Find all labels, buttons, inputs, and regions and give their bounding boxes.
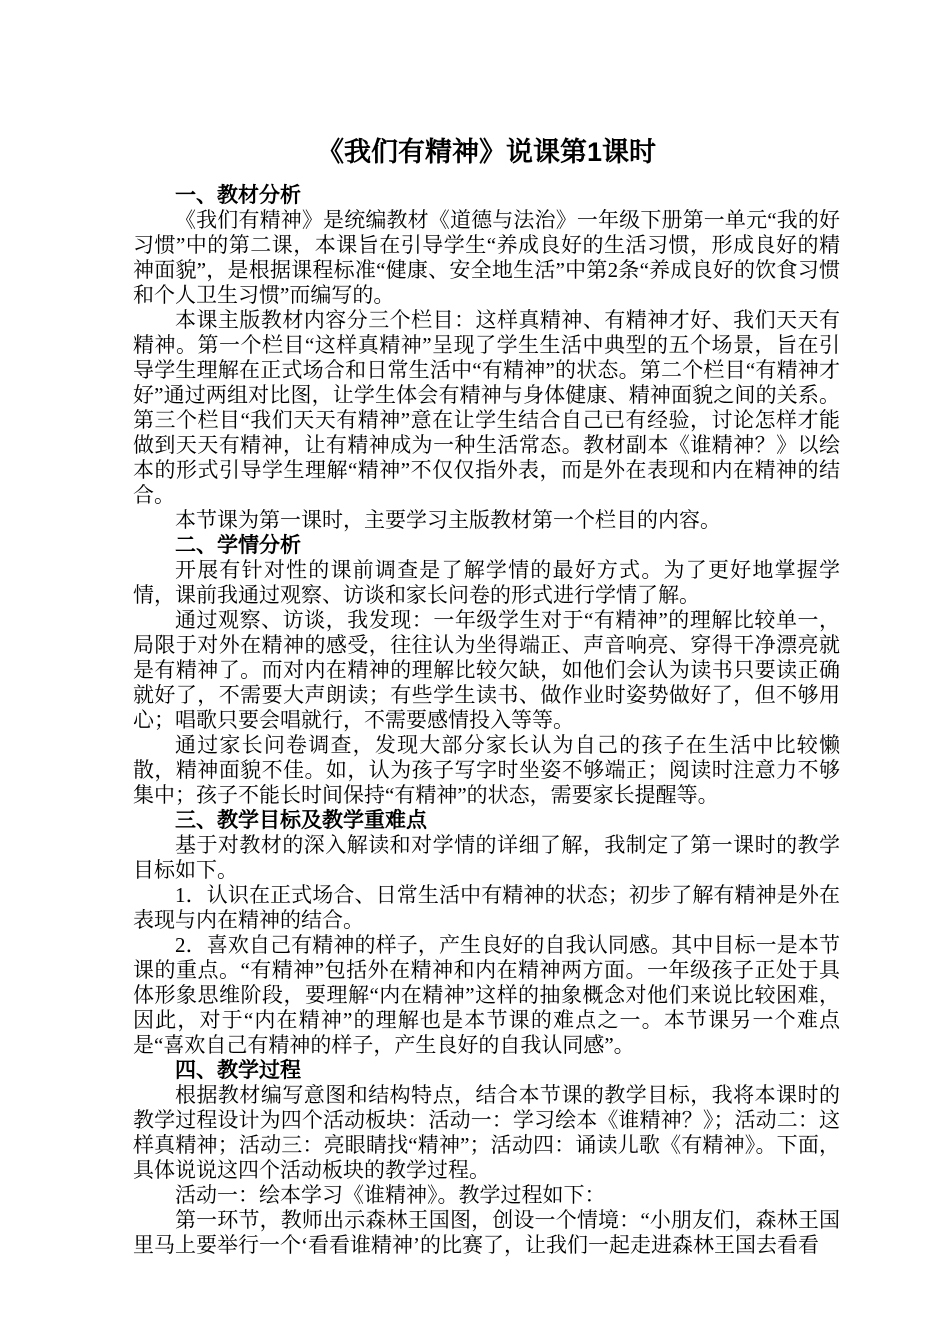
paragraph: 第一环节，教师出示森林王国图，创设一个情境：“小朋友们，森林王国里马上要举行一个… bbox=[133, 1208, 840, 1258]
section-learner-analysis: 二、学情分析 开展有针对性的课前调查是了解学情的最好方式。为了更好地掌握学情，课… bbox=[133, 533, 840, 808]
paragraph: 根据教材编写意图和结构特点，结合本节课的教学目标，我将本课时的教学过程设计为四个… bbox=[133, 1083, 840, 1183]
paragraph: 活动一：绘本学习《谁精神》。教学过程如下： bbox=[133, 1183, 840, 1208]
paragraph: 本课主版教材内容分三个栏目：这样真精神、有精神才好、我们天天有精神。第一个栏目“… bbox=[133, 308, 840, 508]
section-teaching-goals: 三、教学目标及教学重难点 基于对教材的深入解读和对学情的详细了解，我制定了第一课… bbox=[133, 808, 840, 1058]
section-heading: 四、教学过程 bbox=[133, 1058, 840, 1083]
document-content: 《我们有精神》说课第1课时 一、教材分析 《我们有精神》是统编教材《道德与法治》… bbox=[133, 134, 840, 1258]
paragraph: 2．喜欢自己有精神的样子，产生良好的自我认同感。其中目标一是本节课的重点。“有精… bbox=[133, 933, 840, 1058]
document-title: 《我们有精神》说课第1课时 bbox=[133, 134, 840, 170]
paragraph: 本节课为第一课时，主要学习主版教材第一个栏目的内容。 bbox=[133, 508, 840, 533]
paragraph: 通过家长问卷调查，发现大部分家长认为自己的孩子在生活中比较懒散，精神面貌不佳。如… bbox=[133, 733, 840, 808]
document-page: 《我们有精神》说课第1课时 一、教材分析 《我们有精神》是统编教材《道德与法治》… bbox=[0, 0, 950, 1344]
paragraph: 1．认识在正式场合、日常生活中有精神的状态；初步了解有精神是外在表现与内在精神的… bbox=[133, 883, 840, 933]
paragraph: 基于对教材的深入解读和对学情的详细了解，我制定了第一课时的教学目标如下。 bbox=[133, 833, 840, 883]
section-heading: 一、教材分析 bbox=[133, 183, 840, 208]
paragraph: 《我们有精神》是统编教材《道德与法治》一年级下册第一单元“我的好习惯”中的第二课… bbox=[133, 208, 840, 308]
section-textbook-analysis: 一、教材分析 《我们有精神》是统编教材《道德与法治》一年级下册第一单元“我的好习… bbox=[133, 183, 840, 533]
paragraph: 通过观察、访谈，我发现：一年级学生对于“有精神”的理解比较单一，局限于对外在精神… bbox=[133, 608, 840, 733]
section-heading: 二、学情分析 bbox=[133, 533, 840, 558]
section-teaching-process: 四、教学过程 根据教材编写意图和结构特点，结合本节课的教学目标，我将本课时的教学… bbox=[133, 1058, 840, 1258]
section-heading: 三、教学目标及教学重难点 bbox=[133, 808, 840, 833]
paragraph: 开展有针对性的课前调查是了解学情的最好方式。为了更好地掌握学情，课前我通过观察、… bbox=[133, 558, 840, 608]
